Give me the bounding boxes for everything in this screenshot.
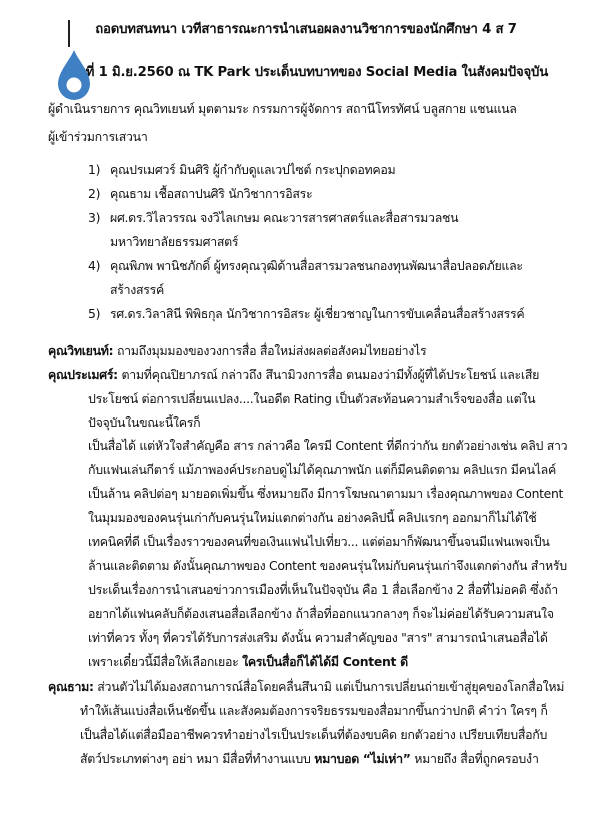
participant-text: รศ.ดร.วิลาสินี พิพิธกุล นักวิชาการอิสระ … [110,306,524,321]
dialogue-text: หมายถึง สื่อที่ถูกครอบงำ [411,751,539,766]
text-cursor [68,20,70,47]
dialogue-text: ตามที่คุณปิยาภรณ์ กล่าวถึง สึนามิวงการสื… [118,367,539,382]
dialogue-paramet-line: เท่าที่ควร ทั้งๆ ที่ควรได้รับการส่งเสริม… [88,630,548,646]
participant-text: คุณปรเมศวร์ มินศิริ ผู้กำกับดูแลเวปไซต์ … [110,162,395,177]
participant-item-3: 3)ผศ.ดร.วิไลวรรณ จงวิไลเกษม คณะวารสารศาส… [88,210,458,226]
document-page: ถอดบทสนทนา เวทีสาธารณะการนำเสนอผลงานวิชา… [0,0,612,824]
dialogue-paramet-line: อยากได้แฟนคลับก็ต้องเสนอสื่อเลือกข้าง ถ้… [88,606,554,622]
speaker-name: คุณธาม: [48,679,94,694]
participant-text: คุณธาม เชื้อสถาปนศิริ นักวิชาการอิสระ [110,186,312,201]
list-number: 5) [88,306,110,322]
participant-item-4: 4)คุณพิภพ พานิชภักดิ์ ผู้ทรงคุณวุฒิด้านส… [88,258,523,274]
dialogue-paramet-line: ประโยชน์ ต่อการเปลี่ยนแปลง....ในอดีต Rat… [88,391,535,407]
participant-item-5: 5)รศ.ดร.วิลาสินี พิพิธกุล นักวิชาการอิสร… [88,306,524,322]
dialogue-paramet-line: เป็นล้าน คลิปต่อๆ มายอดเพิ่มขึ้น ซึ่งหมา… [88,486,563,502]
speaker-name: คุณวิทเยนท์: [48,343,113,358]
list-number: 1) [88,162,110,178]
dialogue-text: ถามถึงมุมมองของวงการสื่อ สื่อใหม่ส่งผลต่… [113,343,426,358]
dialogue-paramet-line: ในมุมมองของคนรุ่นเก่ากับคนรุ่นใหม่แตกต่า… [88,510,537,526]
dialogue-text: ส่วนตัวไม่ได้มองสถานการณ์สื่อโดยคลื่นสึน… [94,679,564,694]
dialogue-paramet: คุณประเมศร์: ตามที่คุณปิยาภรณ์ กล่าวถึง … [48,367,539,383]
emphasis-text: “ไม่เห่า” [363,751,411,766]
participant-text: คุณพิภพ พานิชภักดิ์ ผู้ทรงคุณวุฒิด้านสื่… [110,258,523,273]
participant-item-3-cont: มหาวิทยาลัยธรรมศาสตร์ [110,234,238,250]
moderator-line: ผู้ดำเนินรายการ คุณวิทเยนท์ มุตตามระ กรร… [48,101,517,117]
dialogue-paramet-line: กับแฟนเล่นกีตาร์ แม้ภาพองค์ประกอบดูไม่ได… [88,462,556,478]
dialogue-paramet-line: เทคนิคที่ดี เป็นเรื่องราวของคนที่ขอเงินแ… [88,534,550,550]
dialogue-paramet-last-line: เพราะเดี๋ยวนี้มีสื่อให้เลือกเยอะ ใครเป็น… [88,654,408,670]
dialogue-tham-line: ทำให้เส้นแบ่งสื่อเห็นชัดขึ้น และสังคมต้อ… [80,703,548,719]
speaker-name: คุณประเมศร์: [48,367,118,382]
list-number: 4) [88,258,110,274]
emphasis-text: ใครเป็นสื่อก็ได้ได้มี Content ดี [242,654,408,669]
list-number: 2) [88,186,110,202]
dialogue-paramet-line: เป็นสื่อได้ แต่หัวใจสำคัญคือ สาร กล่าวคื… [88,438,567,454]
dialogue-text: สัตว์ประเภทต่างๆ อย่า หมา มีสื่อที่ทำงาน… [80,751,314,766]
emphasis-text: หมาบอด [314,751,359,766]
dialogue-paramet-line: ประเด็นเรื่องการนำเสนอข่าวการเมืองที่เห็… [88,582,558,598]
dialogue-tham-last-line: สัตว์ประเภทต่างๆ อย่า หมา มีสื่อที่ทำงาน… [80,751,539,767]
text-selection-handle-icon[interactable] [56,50,92,102]
dialogue-paramet-line: ปัจจุบันในขณะนี้ใครก็ [88,415,200,431]
dialogue-tham: คุณธาม: ส่วนตัวไม่ได้มองสถานการณ์สื่อโดย… [48,679,564,695]
participant-item-2: 2)คุณธาม เชื้อสถาปนศิริ นักวิชาการอิสระ [88,186,312,202]
dialogue-wittayen: คุณวิทเยนท์: ถามถึงมุมมองของวงการสื่อ สื… [48,343,426,359]
participants-heading: ผู้เข้าร่วมการเสวนา [48,129,148,145]
dialogue-paramet-line: ล้านและติดตาม ดังนั้นคุณภาพของ Content ข… [88,558,567,574]
participant-item-1: 1)คุณปรเมศวร์ มินศิริ ผู้กำกับดูแลเวปไซต… [88,162,395,178]
participant-text: ผศ.ดร.วิไลวรรณ จงวิไลเกษม คณะวารสารศาสตร… [110,210,458,225]
dialogue-tham-line: เป็นสื่อได้แต่สื่อมืออาชีพควรทำอย่างไรเป… [80,727,547,743]
list-number: 3) [88,210,110,226]
document-title-line-1: ถอดบทสนทนา เวทีสาธารณะการนำเสนอผลงานวิชา… [0,22,612,38]
dialogue-text: เพราะเดี๋ยวนี้มีสื่อให้เลือกเยอะ [88,654,242,669]
participant-item-4-cont: สร้างสรรค์ [110,282,164,298]
